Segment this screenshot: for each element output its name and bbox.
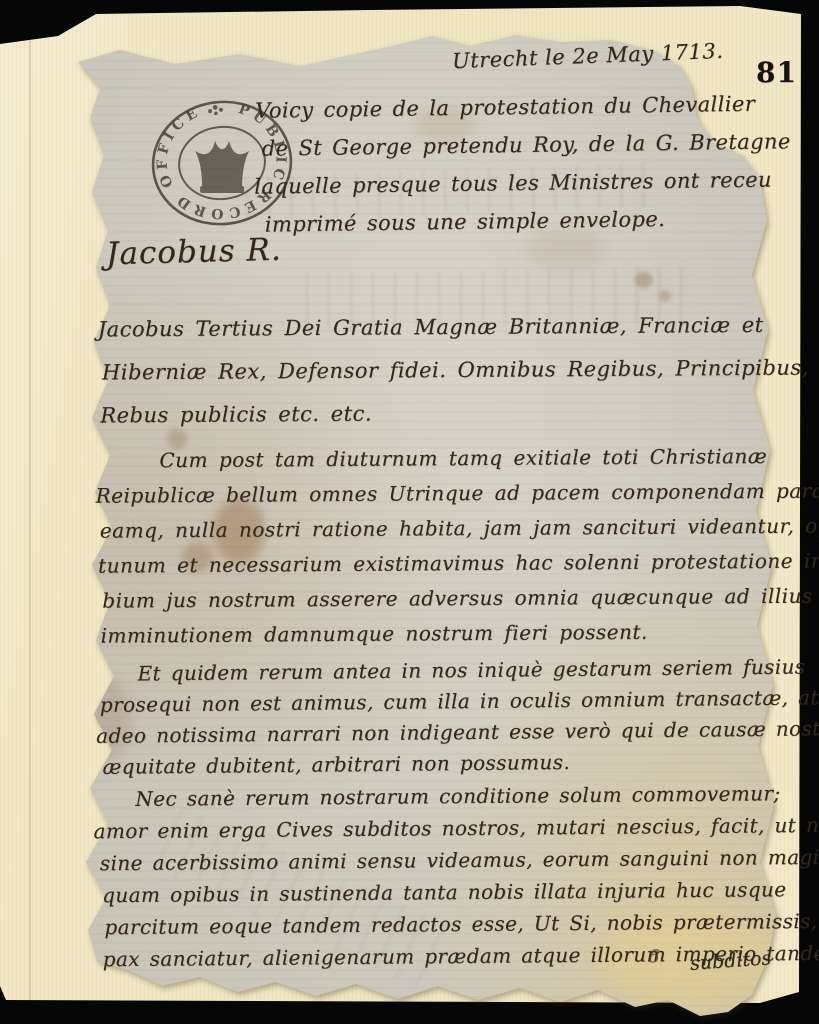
manuscript-line: imminutionem damnumque nostrum fieri pos… (100, 613, 819, 653)
folio-number: 81 (756, 56, 797, 89)
manuscript-line: bium jus nostrum asserere adversus omnia… (102, 578, 819, 618)
paragraph: Et quidem rerum antea in nos iniquè gest… (93, 651, 819, 783)
manuscript-line: Reipublicæ bellum omnes Utrinque ad pace… (96, 473, 819, 513)
pencil-annotation: 6 (648, 946, 659, 967)
royal-signature-heading: Jacobus R. (106, 232, 283, 273)
brown-spot (635, 272, 653, 288)
paragraph: Cum post tam diuturnum tamq exitiale tot… (95, 438, 819, 653)
stamp-ornament (207, 104, 223, 116)
salutation-line: Rebus publicis etc. etc. (100, 390, 809, 438)
crown-icon (195, 141, 249, 193)
intro-line: laquelle presque tous les Ministres ont … (254, 160, 791, 205)
manuscript-line: tunum et necessarium existimavimus hac s… (98, 543, 819, 583)
brown-spot (659, 290, 671, 302)
salutation-line: Jacobus Tertius Dei Gratia Magnæ Britann… (98, 304, 809, 352)
intro-line: imprimé sous une simple envelope. (265, 198, 792, 243)
intro-note: Voicy copie de la protestation du Cheval… (255, 84, 792, 243)
salutation-line: Hiberniæ Rex, Defensor fidei. Omnibus Re… (102, 347, 809, 395)
salutation-block: Jacobus Tertius Dei Gratia Magnæ Britann… (98, 304, 810, 438)
scanned-manuscript-page: PUBLIC RECORD OFFICE 81 Utrecht le 2e Ma… (0, 0, 819, 1024)
manuscript-line: eamq, nulla nostri ratione habita, jam j… (100, 508, 819, 548)
paragraph: Nec sanè rerum nostrarum conditione solu… (91, 777, 819, 976)
manuscript-line: Cum post tam diuturnum tamq exitiale tot… (159, 438, 819, 478)
